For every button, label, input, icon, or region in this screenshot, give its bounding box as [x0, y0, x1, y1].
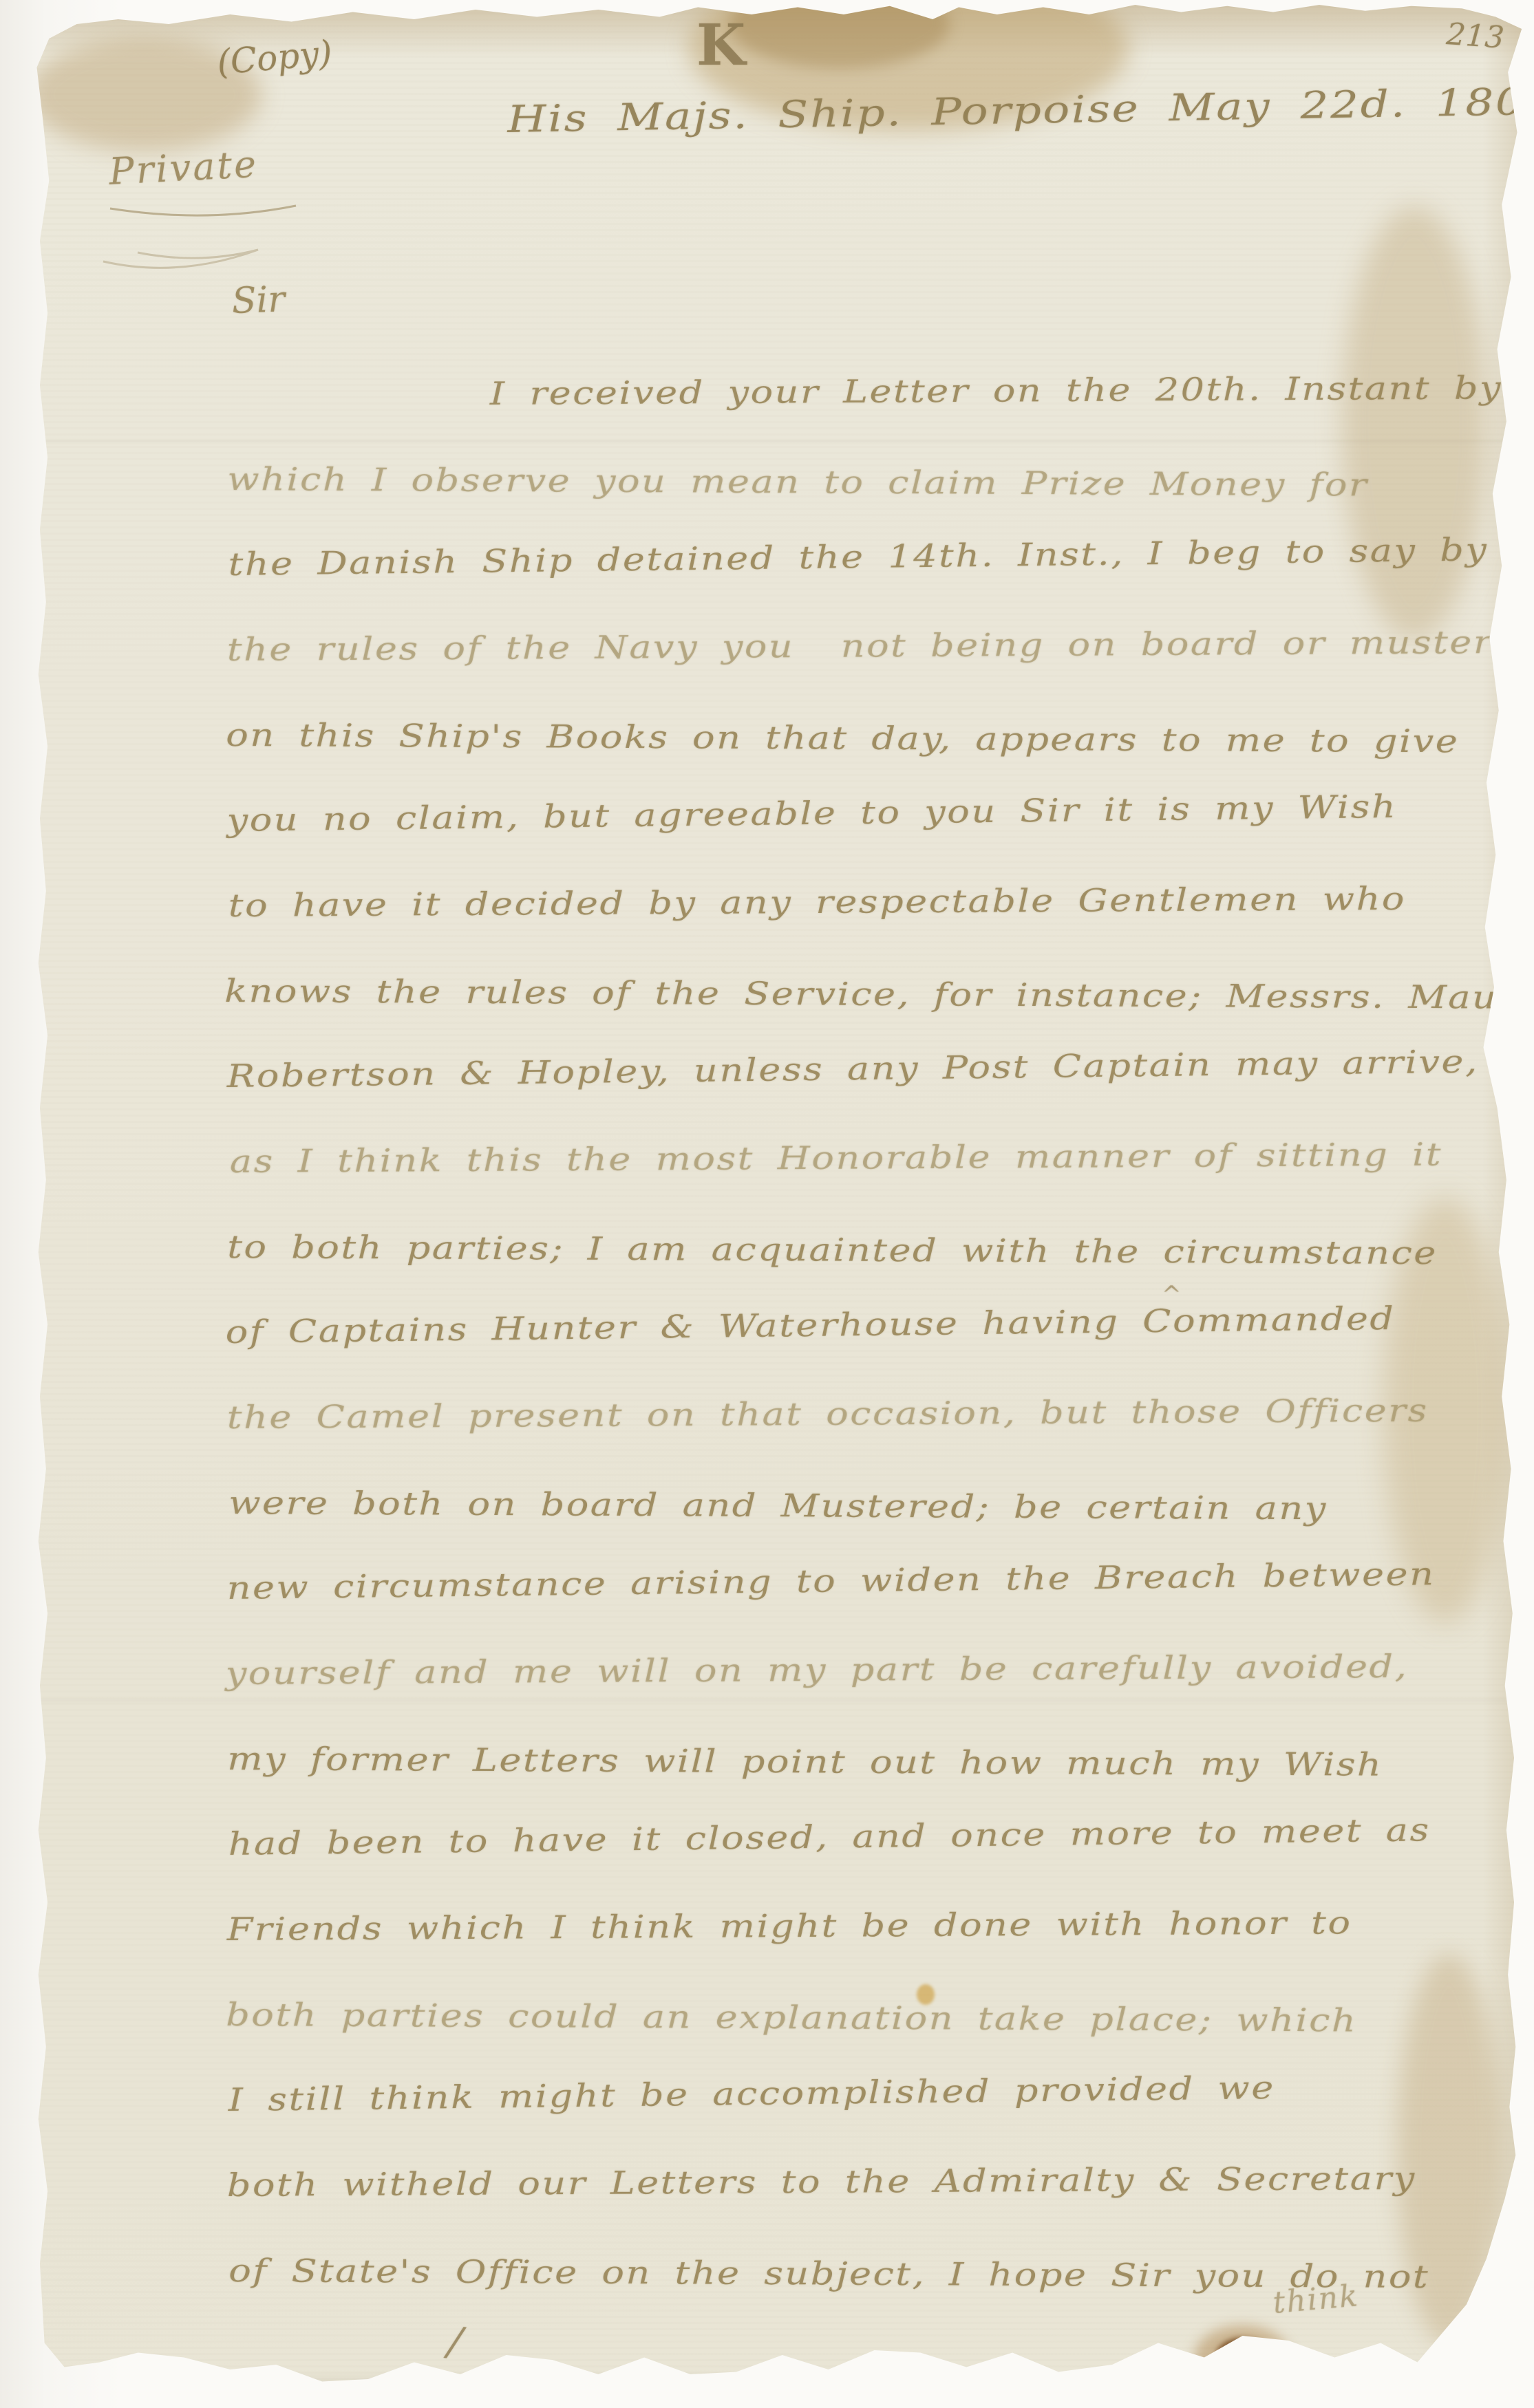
letter-line: which I observe you mean to claim Prize …: [227, 460, 1368, 504]
copy-annotation: (Copy): [215, 33, 334, 83]
bottom-edge-tint: [0, 2370, 1534, 2408]
letter-page: (Copy) K 213 His Majs. Ship. Porpoise Ma…: [0, 0, 1534, 2408]
letter-line: yourself and me will on my part be caref…: [226, 1648, 1409, 1692]
letter-line: of Captains Hunter & Waterhouse having C…: [225, 1300, 1396, 1351]
series-letter-mark: K: [696, 12, 745, 78]
letter-line: the Camel present on that occasion, but …: [227, 1392, 1429, 1436]
paper-crease-lower: [0, 1699, 1534, 1701]
catchword: think: [1272, 2278, 1361, 2321]
folio-number: 213: [1445, 17, 1505, 56]
burn-spot: [1215, 2338, 1269, 2378]
paper-stain-right-upper: [1342, 206, 1487, 640]
letter-line: new circumstance arising to widen the Br…: [226, 1555, 1436, 1606]
letter-line: on this Ship's Books on that day, appear…: [226, 716, 1459, 760]
privacy-label: Private: [108, 142, 259, 193]
letter-line: knows the rules of the Service, for inst…: [224, 972, 1534, 1016]
letter-line: Friends which I think might be done with…: [227, 1904, 1352, 1948]
paper-crease-upper: [0, 440, 1534, 442]
letter-line: both witheld our Letters to the Admiralt…: [227, 2160, 1416, 2204]
letter-line: I received your Letter on the 20th. Inst…: [490, 369, 1503, 412]
letter-line: Robertson & Hopley, unless any Post Capt…: [226, 1042, 1479, 1095]
insertion-caret-mark: ^: [1162, 1281, 1182, 1309]
private-underline-flourish: [96, 196, 385, 286]
right-edge-tint: [1482, 0, 1534, 2408]
ink-slash-mark: /: [446, 2317, 465, 2365]
salutation: Sir: [231, 279, 286, 322]
letter-line: to both parties; I am acquainted with th…: [227, 1228, 1438, 1271]
letter-line: you no claim, but agreeable to you Sir i…: [226, 788, 1397, 839]
letter-line: were both on board and Mustered; be cert…: [228, 1484, 1328, 1527]
burn-spot-halo: [1194, 2325, 1290, 2391]
paper-stain-top-center-core: [729, 0, 950, 69]
letter-line: the Danish Ship detained the 14th. Inst.…: [228, 530, 1489, 583]
letter-line: I still think might be accomplished prov…: [228, 2069, 1275, 2118]
letter-line: to have it decided by any respectable Ge…: [228, 880, 1406, 924]
left-edge-tint: [0, 0, 31, 2408]
letter-line: of State's Office on the subject, I hope…: [228, 2252, 1429, 2295]
letter-line: both parties could an explanation take p…: [226, 1996, 1357, 2039]
letter-line: the rules of the Navy you not being on b…: [227, 623, 1534, 668]
letter-line: as I think this the most Honorable manne…: [230, 1136, 1443, 1180]
dateline: His Majs. Ship. Porpoise May 22d. 1806: [507, 79, 1534, 141]
scan-background: { "letter": { "annotation_copy": "(Copy)…: [0, 0, 1534, 2408]
letter-line: my former Letters will point out how muc…: [227, 1740, 1383, 1783]
letter-line: had been to have it closed, and once mor…: [228, 1811, 1431, 1862]
